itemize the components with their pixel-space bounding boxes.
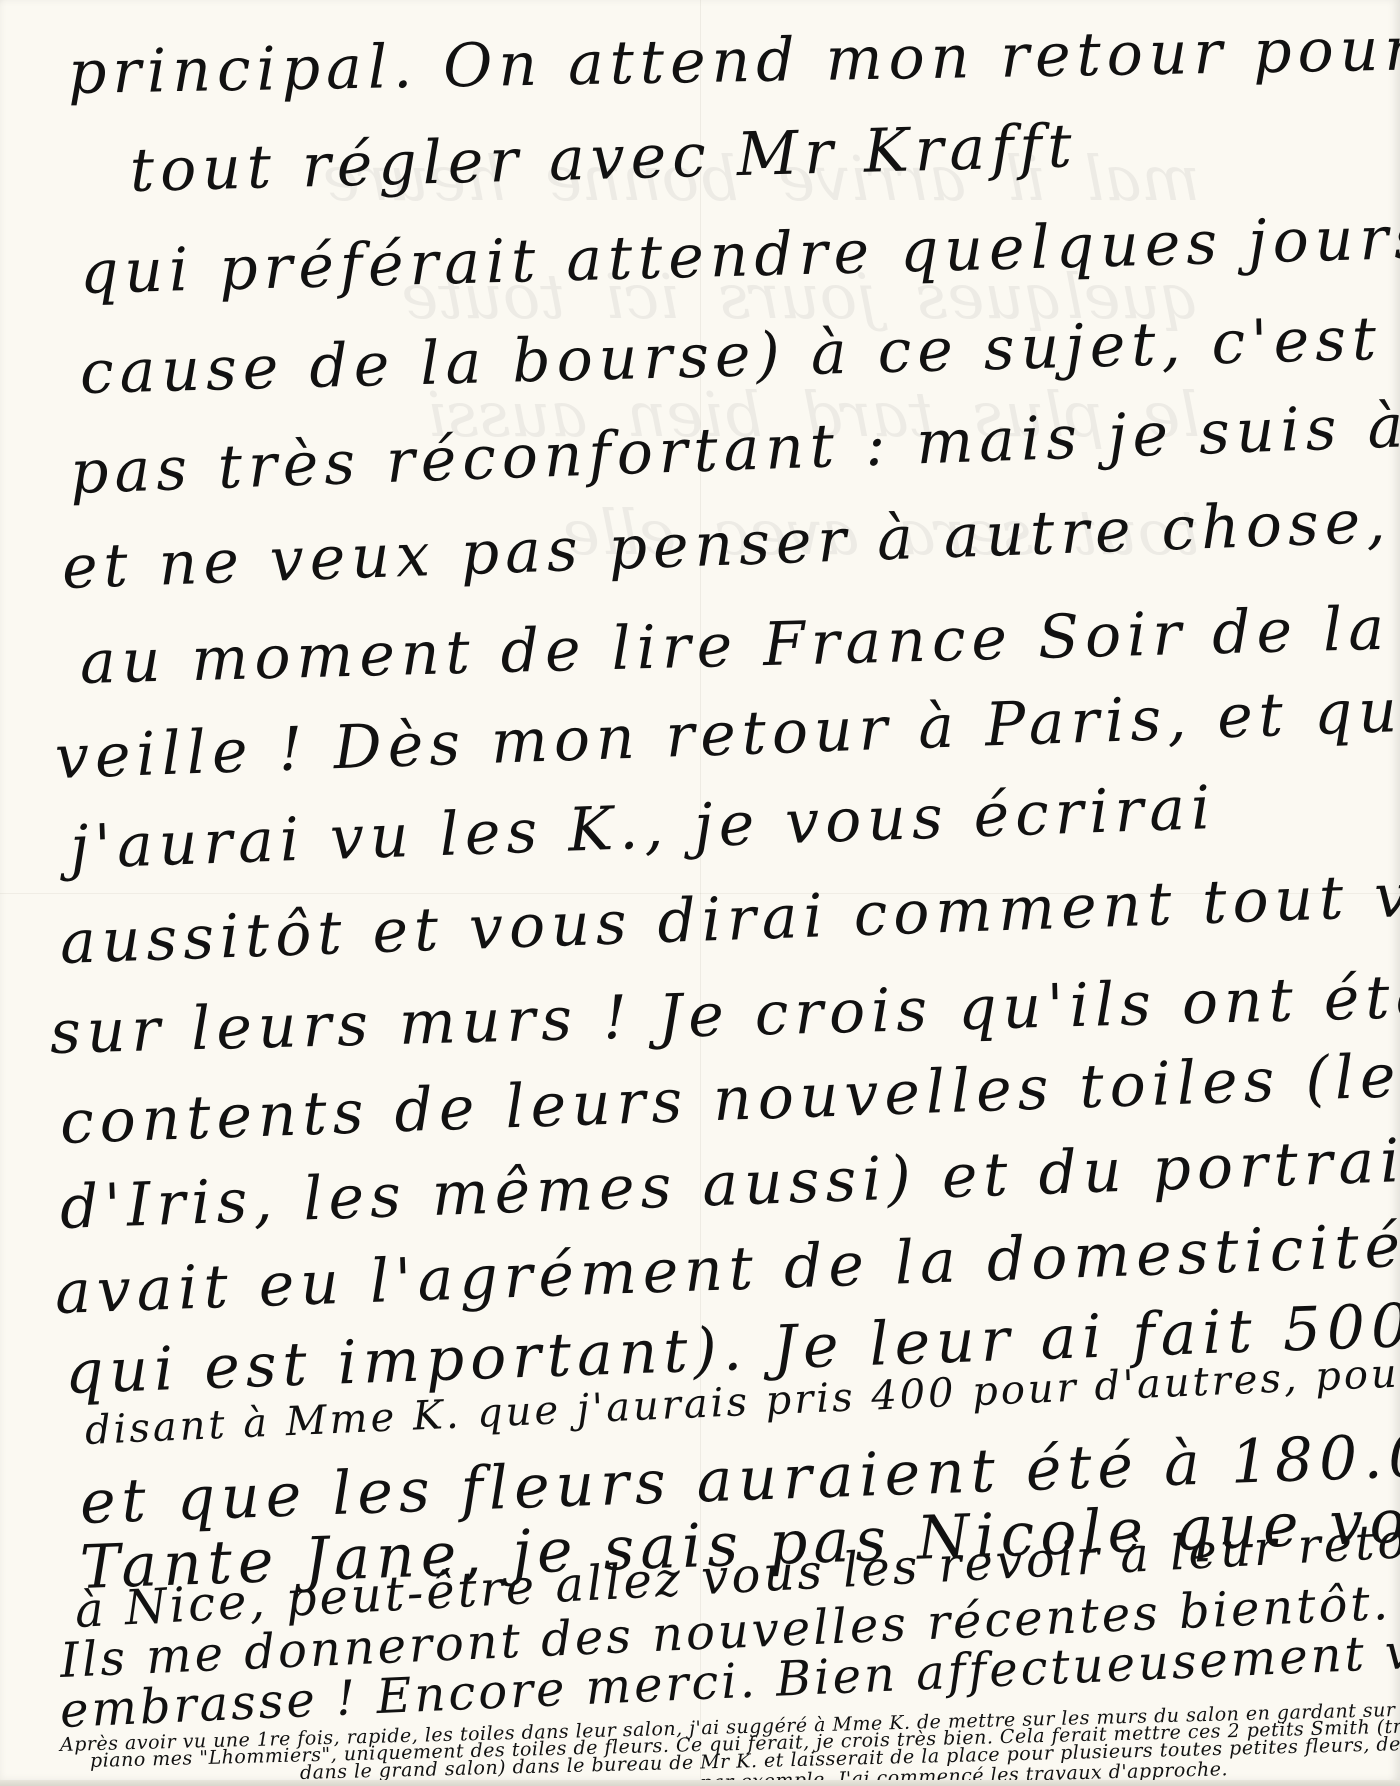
handwritten-line: cause de la bourse) à ce sujet, c'est xyxy=(79,304,1383,408)
handwritten-line: aussitôt et vous dirai comment tout va xyxy=(59,859,1400,978)
handwritten-line: principal. On attend mon retour pour xyxy=(67,14,1400,108)
handwritten-line: tout régler avec Mr Krafft xyxy=(129,111,1078,206)
paper-bottom-edge xyxy=(0,1780,1400,1786)
handwritten-line: j'aurai vu les K., je vous écrirai xyxy=(69,773,1218,883)
letter-page: mal il arrive bonne heure quelques jours… xyxy=(0,0,1400,1786)
handwritten-line: qui préférait attendre quelques jours (à xyxy=(79,200,1400,308)
